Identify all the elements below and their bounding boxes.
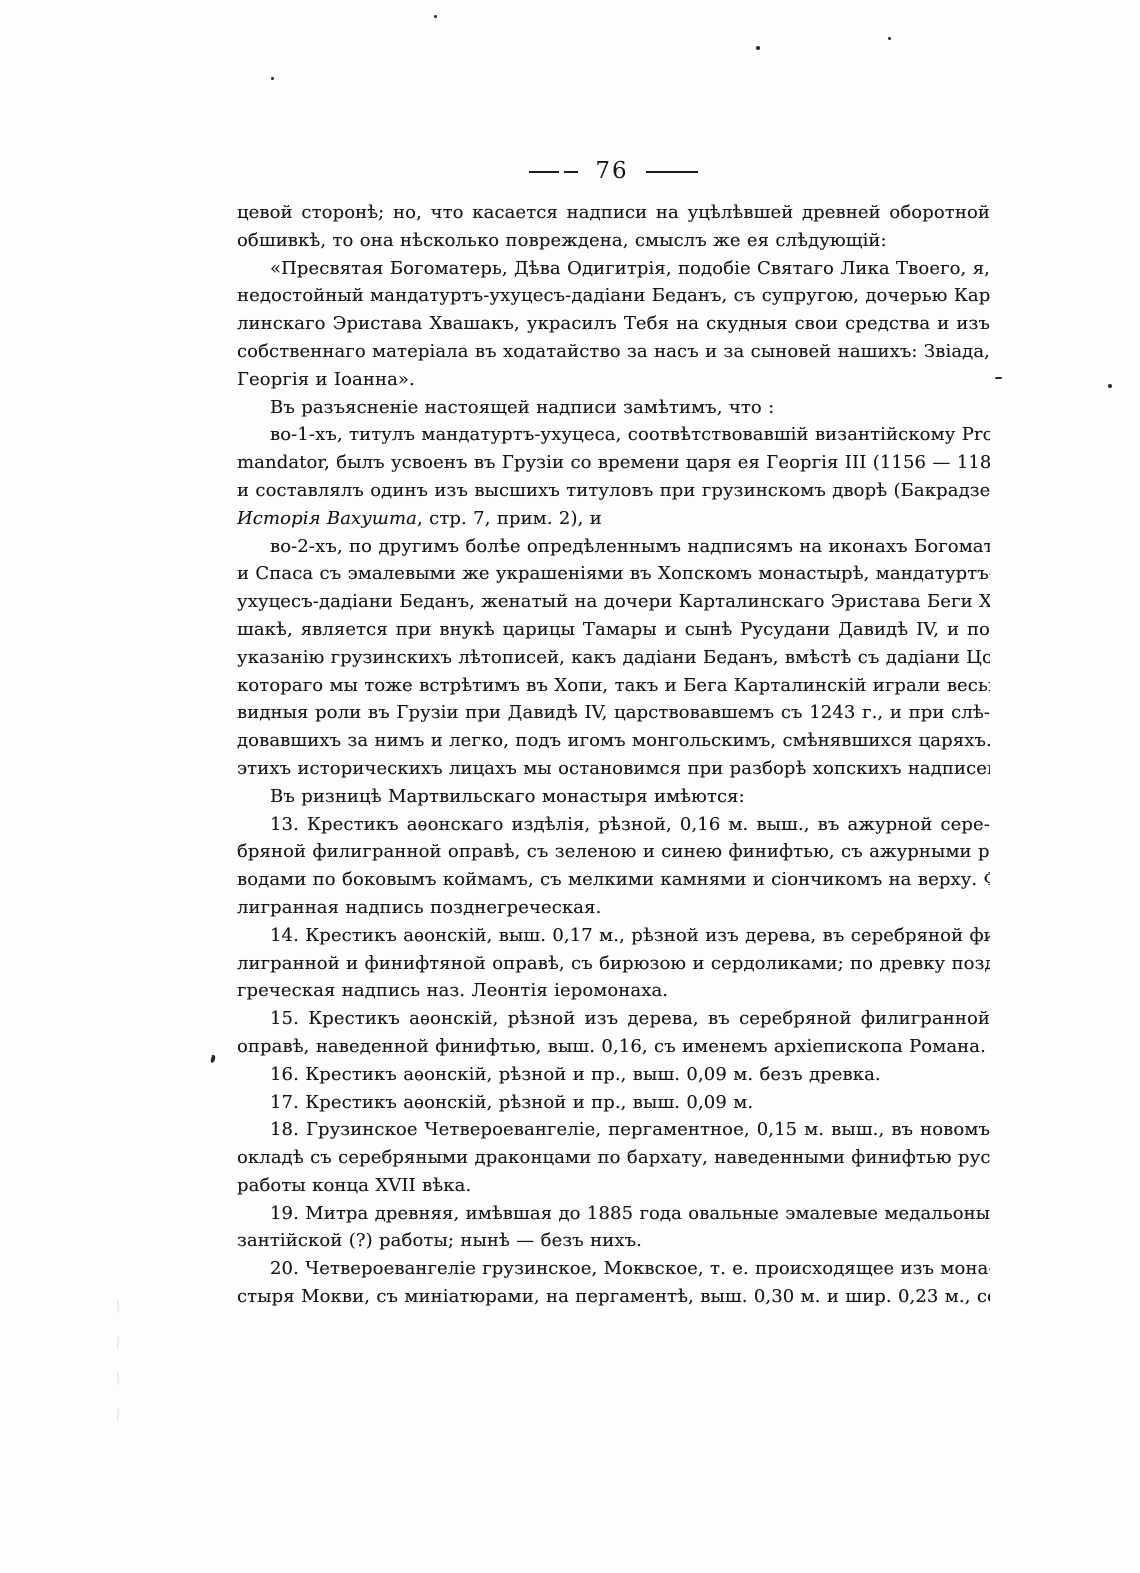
scan-speck bbox=[995, 377, 1002, 379]
text-line: линскаго Эристава Хвашакъ, украсилъ Тебя… bbox=[237, 310, 990, 338]
text-line: цевой сторонѣ; но, что касается надписи … bbox=[237, 199, 990, 227]
scan-speck bbox=[1108, 384, 1112, 388]
text-line: недостойный мандатуртъ-ухуцесъ-дадіани Б… bbox=[237, 282, 990, 310]
scan-speck bbox=[271, 77, 274, 80]
scan-speck bbox=[210, 1055, 216, 1064]
text-line: шакѣ, является при внукѣ царицы Тамары и… bbox=[237, 616, 990, 644]
text-line: указанію грузинскихъ лѣтописей, какъ дад… bbox=[237, 644, 990, 672]
text-line: Георгія и Іоанна». bbox=[237, 366, 990, 394]
text-line: зантійской (?) работы; нынѣ — безъ нихъ. bbox=[237, 1227, 990, 1255]
text-line: 15. Крестикъ аѳонскій, рѣзной изъ дерева… bbox=[237, 1005, 990, 1033]
text-line: собственнаго матеріала въ ходатайство за… bbox=[237, 338, 990, 366]
text-line: и Спаса съ эмалевыми же украшеніями въ Х… bbox=[237, 560, 990, 588]
page-number: 76 bbox=[595, 158, 628, 184]
text-line: ухуцесъ-дадіани Беданъ, женатый на дочер… bbox=[237, 588, 990, 616]
text-line: обшивкѣ, то она нѣсколько повреждена, см… bbox=[237, 227, 990, 255]
text-line: 13. Крестикъ аѳонскаго издѣлія, рѣзной, … bbox=[237, 811, 990, 839]
text-block: цевой сторонѣ; но, что касается надписи … bbox=[237, 199, 990, 1311]
scan-edge-mark bbox=[117, 1336, 119, 1349]
scan-edge-mark bbox=[117, 1408, 119, 1421]
scanned-book-page: 76 цевой сторонѣ; но, что касается надпи… bbox=[0, 0, 1140, 1573]
text-line: водами по боковымъ коймамъ, съ мелкими к… bbox=[237, 866, 990, 894]
text-line: бряной филигранной оправѣ, съ зеленою и … bbox=[237, 838, 990, 866]
text-line: котораго мы тоже встрѣтимъ въ Хопи, такъ… bbox=[237, 672, 990, 700]
text-line: 14. Крестикъ аѳонскій, выш. 0,17 м., рѣз… bbox=[237, 922, 990, 950]
scan-edge-mark bbox=[117, 1372, 119, 1385]
text-line: видныя роли въ Грузіи при Давидѣ IV, цар… bbox=[237, 699, 990, 727]
text-line: во-1-хъ, титулъ мандатуртъ-ухуцеса, соот… bbox=[237, 421, 990, 449]
text-line: Въ разъясненіе настоящей надписи замѣтим… bbox=[237, 394, 990, 422]
text-line: довавшихъ за нимъ и легко, подъ игомъ мо… bbox=[237, 727, 990, 755]
text-line: 19. Митра древняя, имѣвшая до 1885 года … bbox=[237, 1200, 990, 1228]
text-line: mandator, былъ усвоенъ въ Грузіи со врем… bbox=[237, 449, 990, 477]
scan-speck bbox=[888, 37, 891, 40]
text-line: лигранной и финифтяной оправѣ, съ бирюзо… bbox=[237, 950, 990, 978]
scan-edge-mark bbox=[117, 1300, 119, 1313]
text-line: 18. Грузинское Четвероевангеліе, пергаме… bbox=[237, 1116, 990, 1144]
scan-speck bbox=[756, 46, 760, 50]
text-line: греческая надпись наз. Леонтія іеромонах… bbox=[237, 977, 990, 1005]
text-line: 20. Четвероевангеліе грузинское, Моквско… bbox=[237, 1255, 990, 1283]
header-rule-left bbox=[529, 171, 578, 173]
text-line: работы конца XVII вѣка. bbox=[237, 1172, 990, 1200]
text-line: Въ ризницѣ Мартвильскаго монастыря имѣют… bbox=[237, 783, 990, 811]
text-line: лигранная надпись позднегреческая. bbox=[237, 894, 990, 922]
text-line: 17. Крестикъ аѳонскій, рѣзной и пр., выш… bbox=[237, 1089, 990, 1117]
header-rule-right bbox=[646, 171, 698, 173]
page-header: 76 bbox=[237, 157, 990, 187]
text-line: и составлялъ одинъ изъ высшихъ титуловъ … bbox=[237, 477, 990, 505]
text-line: окладѣ съ серебряными драконцами по барх… bbox=[237, 1144, 990, 1172]
text-line: этихъ историческихъ лицахъ мы остановимс… bbox=[237, 755, 990, 783]
text-line: 16. Крестикъ аѳонскій, рѣзной и пр., выш… bbox=[237, 1061, 990, 1089]
scan-speck bbox=[434, 15, 437, 18]
text-line: стыря Мокви, съ миніатюрами, на пергамен… bbox=[237, 1283, 990, 1311]
text-line: «Пресвятая Богоматерь, Дѣва Одигитрія, п… bbox=[237, 255, 990, 283]
text-line: во-2-хъ, по другимъ болѣе опредѣленнымъ … bbox=[237, 533, 990, 561]
text-line: Исторія Вахушта, стр. 7, прим. 2), и bbox=[237, 505, 990, 533]
text-line: оправѣ, наведенной финифтью, выш. 0,16, … bbox=[237, 1033, 990, 1061]
